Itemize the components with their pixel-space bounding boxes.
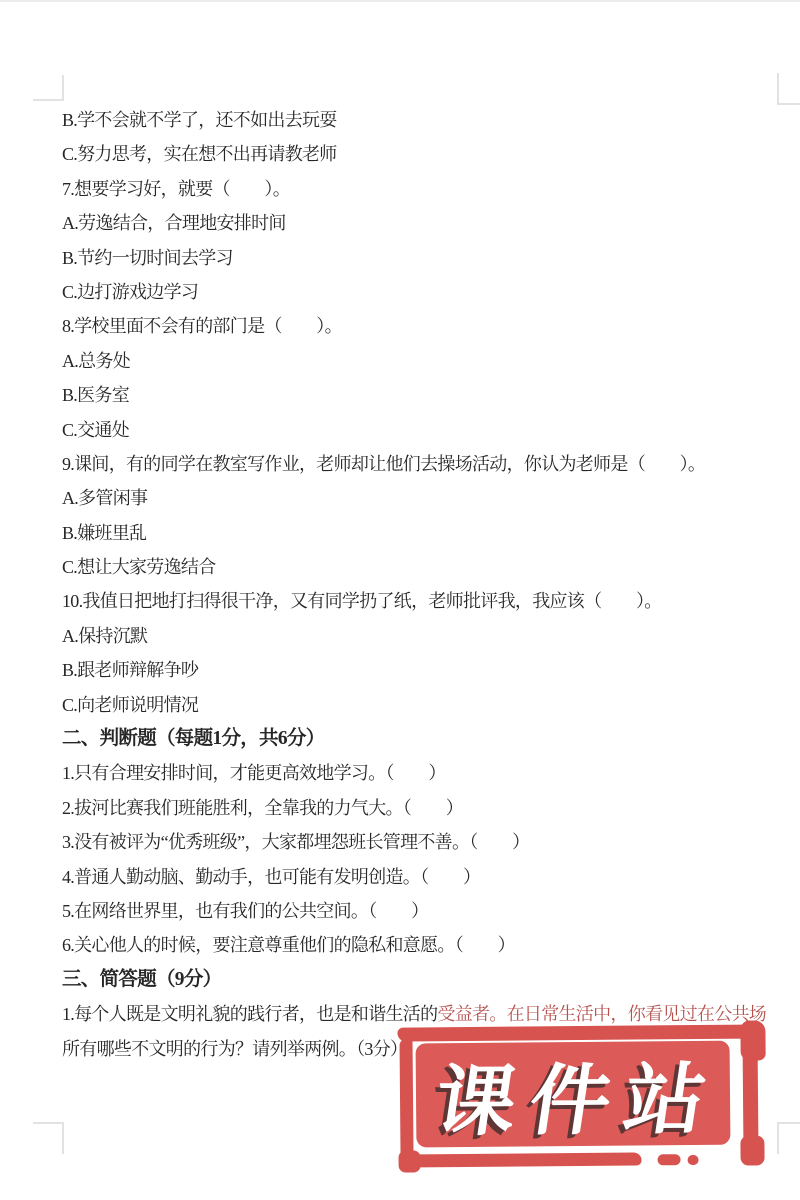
text-line-main: C.边打游戏边学习 <box>62 282 198 302</box>
text-line: C.边打游戏边学习 <box>62 275 782 309</box>
text-line-main: 二、判断题（每题1分，共6分） <box>62 728 325 749</box>
text-line-main: 三、简答题（9分） <box>62 969 221 990</box>
text-line: 1.只有合理安排时间，才能更高效地学习。（ ） <box>62 756 782 790</box>
text-line-main: 9.课间，有的同学在教室写作业，老师却让他们去操场活动，你认为老师是（ ）。 <box>62 454 705 474</box>
stamp-corner-bottom-right <box>740 1135 764 1165</box>
text-line: 6.关心他人的时候，要注意尊重他们的隐私和意愿。（ ） <box>62 928 782 962</box>
text-line-main: 7.想要学习好，就要（ ）。 <box>62 179 290 199</box>
text-line: 2.拔河比赛我们班能胜利，全靠我的力气大。（ ） <box>62 791 782 825</box>
page-top-edge <box>0 0 800 2</box>
text-line: B.跟老师辩解争吵 <box>62 653 782 687</box>
text-line-tinted: 受益者。在日常生活中，你看见过在公共场 <box>437 1004 766 1024</box>
text-line: A.总务处 <box>62 344 782 378</box>
text-line: C.努力思考，实在想不出再请教老师 <box>62 137 782 171</box>
text-line-main: 1.每个人既是文明礼貌的践行者，也是和谐生活的 <box>62 1004 437 1024</box>
text-line-main: A.多管闲事 <box>62 488 147 508</box>
text-line-main: C.向老师说明情况 <box>62 695 198 715</box>
text-line-main: 4.普通人勤动脑、勤动手，也可能有发明创造。（ ） <box>62 867 480 887</box>
text-line: 7.想要学习好，就要（ ）。 <box>62 172 782 206</box>
page-corner-mark-top-left <box>33 75 64 101</box>
text-line: B.嫌班里乱 <box>62 516 782 550</box>
stamp-border-bottom-dash <box>414 1152 642 1167</box>
text-line-main: 5.在网络世界里，也有我们的公共空间。（ ） <box>62 901 428 921</box>
exam-document-page: B.学不会就不学了，还不如出去玩耍C.努力思考，实在想不出再请教老师7.想要学习… <box>0 0 800 1200</box>
text-line-main: 10.我值日把地打扫得很干净，又有同学扔了纸，老师批评我，我应该（ ）。 <box>62 591 662 611</box>
text-line: C.交通处 <box>62 413 782 447</box>
exam-text-content: B.学不会就不学了，还不如出去玩耍C.努力思考，实在想不出再请教老师7.想要学习… <box>62 103 782 1066</box>
text-line-main: B.跟老师辩解争吵 <box>62 660 198 680</box>
text-line-main: 2.拔河比赛我们班能胜利，全靠我的力气大。（ ） <box>62 798 463 818</box>
page-corner-mark-bottom-right <box>777 1122 800 1154</box>
text-line: 8.学校里面不会有的部门是（ ）。 <box>62 309 782 343</box>
text-line-main: B.嫌班里乱 <box>62 523 146 543</box>
text-line: A.多管闲事 <box>62 481 782 515</box>
text-line-main: 1.只有合理安排时间，才能更高效地学习。（ ） <box>62 763 446 783</box>
text-line-main: C.交通处 <box>62 420 129 440</box>
text-line: 10.我值日把地打扫得很干净，又有同学扔了纸，老师批评我，我应该（ ）。 <box>62 584 782 618</box>
text-line: B.学不会就不学了，还不如出去玩耍 <box>62 103 782 137</box>
page-corner-mark-bottom-left <box>33 1122 64 1154</box>
text-line-main: B.学不会就不学了，还不如出去玩耍 <box>62 110 337 130</box>
text-line-main: A.总务处 <box>62 351 130 371</box>
page-corner-mark-top-right <box>777 73 800 105</box>
text-line-main: A.保持沉默 <box>62 626 147 646</box>
text-line-main: B.节约一切时间去学习 <box>62 248 233 268</box>
stamp-border-bottom-dot <box>688 1155 699 1165</box>
text-line: A.保持沉默 <box>62 619 782 653</box>
text-line-main: C.努力思考，实在想不出再请教老师 <box>62 144 337 164</box>
text-line-main: 3.没有被评为“优秀班级”，大家都埋怨班长管理不善。（ ） <box>62 832 529 852</box>
text-line-main: 所有哪些不文明的行为？请列举两例。（3分） <box>62 1039 407 1059</box>
stamp-corner-bottom-left <box>398 1150 420 1172</box>
text-line: 二、判断题（每题1分，共6分） <box>62 722 782 756</box>
text-line: 5.在网络世界里，也有我们的公共空间。（ ） <box>62 894 782 928</box>
text-line: 所有哪些不文明的行为？请列举两例。（3分） <box>62 1032 782 1066</box>
stamp-border-bottom-dash-2 <box>658 1154 681 1165</box>
text-line: 1.每个人既是文明礼貌的践行者，也是和谐生活的受益者。在日常生活中，你看见过在公… <box>62 997 782 1031</box>
text-line: 三、简答题（9分） <box>62 963 782 997</box>
text-line: C.向老师说明情况 <box>62 688 782 722</box>
text-line-main: 6.关心他人的时候，要注意尊重他们的隐私和意愿。（ ） <box>62 935 515 955</box>
text-line: 9.课间，有的同学在教室写作业，老师却让他们去操场活动，你认为老师是（ ）。 <box>62 447 782 481</box>
text-line: 4.普通人勤动脑、勤动手，也可能有发明创造。（ ） <box>62 860 782 894</box>
text-line-main: C.想让大家劳逸结合 <box>62 557 216 577</box>
text-line: B.医务室 <box>62 378 782 412</box>
text-line: B.节约一切时间去学习 <box>62 241 782 275</box>
text-line-main: A.劳逸结合，合理地安排时间 <box>62 213 286 233</box>
text-line-main: B.医务室 <box>62 385 129 405</box>
text-line-main: 8.学校里面不会有的部门是（ ）。 <box>62 316 342 336</box>
text-line: A.劳逸结合，合理地安排时间 <box>62 206 782 240</box>
text-line: C.想让大家劳逸结合 <box>62 550 782 584</box>
text-line: 3.没有被评为“优秀班级”，大家都埋怨班长管理不善。（ ） <box>62 825 782 859</box>
